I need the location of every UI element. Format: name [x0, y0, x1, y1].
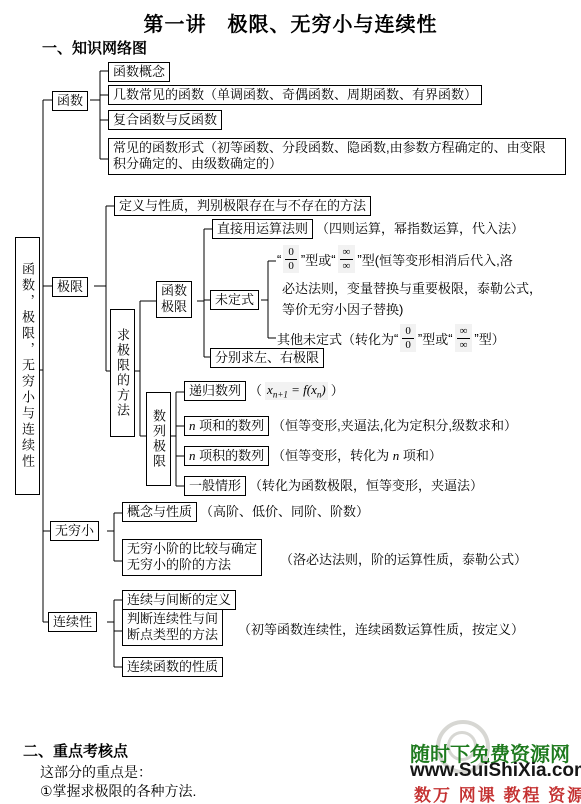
node-left-right-limits: 分别求左、右极限 [210, 348, 324, 368]
fraction-inf-over-inf: ∞ ∞ [455, 324, 473, 352]
section-heading-key-points: 二、重点考核点 [23, 740, 128, 761]
note-discontinuity-method: （初等函数连续性，连续函数运算性质，按定义） [238, 622, 524, 638]
node-infinitesimal: 无穷小 [50, 521, 99, 541]
text-type-or: 型或 [422, 329, 448, 348]
section-heading-knowledge-map: 一、知识网络图 [42, 37, 147, 58]
row-general-case: 一般情形 （转化为函数极限，恒等变形，夹逼法） [184, 476, 483, 496]
fraction-zero-over-zero: 0 0 [400, 324, 416, 352]
quote-open: “ [448, 331, 452, 346]
node-composite-inverse: 复合函数与反函数 [108, 110, 222, 130]
node-limit-definition: 定义与性质，判别极限存在与不存在的方法 [114, 196, 371, 216]
node-function-limit: 函数 极限 [156, 281, 192, 318]
scanned-lecture-page: 第一讲 极限、无穷小与连续性 一、知识网络图 函数，极限，无穷小与连续性 函数 … [0, 0, 581, 804]
node-function-forms-line1: 常见的函数形式（初等函数、分段函数、隐函数,由参数方程确定的、由变限 [113, 140, 561, 156]
node-indeterminate: 未定式 [210, 290, 259, 310]
node-direct-rules: 直接用运算法则 [212, 219, 313, 239]
paren-open: （ [249, 383, 262, 399]
node-n-product-sequence: n 项积的数列 [184, 446, 269, 466]
key-points-intro: 这部分的重点是： [40, 762, 152, 782]
node-limit-methods: 求极限的方法 [110, 309, 135, 437]
node-sequence-limit: 数列极限 [146, 392, 171, 486]
text-other-indeterminate: 其他未定式 [277, 329, 342, 348]
node-function-forms-line2: 积分确定的、由级数确定的） [113, 156, 561, 172]
node-general-case: 一般情形 [184, 476, 246, 496]
fraction-zero-over-zero: 0 0 [283, 245, 299, 273]
page-title: 第一讲 极限、无穷小与连续性 [0, 8, 581, 37]
root-node: 函数，极限，无穷小与连续性 [15, 237, 40, 495]
note-general-case: （转化为函数极限，恒等变形，夹逼法） [249, 478, 483, 494]
node-continuous-function-properties: 连续函数的性质 [122, 657, 223, 677]
node-function-limit-line2: 极限 [161, 299, 187, 315]
row-infinitesimal-concept: 概念与性质 （高阶、低价、同阶、阶数） [122, 502, 369, 522]
node-function-limit-line1: 函数 [161, 283, 187, 299]
indeterminate-types-line1: “ 0 0 ” 型或 “ ∞ ∞ ” 型 (恒等变形相消后代入,洛 [277, 243, 513, 275]
node-infinitesimal-concept: 概念与性质 [122, 502, 197, 522]
text-type-or: 型或 [305, 250, 331, 269]
indeterminate-note-start: (恒等变形相消后代入,洛 [375, 250, 513, 269]
note-infinitesimal-concept: （高阶、低价、同阶、阶数） [200, 504, 369, 520]
node-discontinuity-method: 判断连续性与间 断点类型的方法 [122, 609, 223, 646]
formula-recursive: xn+1 = f(xn) [265, 382, 328, 400]
text-type: 型 [362, 250, 375, 269]
row-recursive-sequence: 递归数列 （ xn+1 = f(xn) ） [184, 381, 344, 401]
watermark-tagline: 数万 网课 教程 资源 [414, 781, 581, 804]
row-n-sum-sequence: n 项和的数列 （恒等变形,夹逼法,化为定积分,级数求和） [184, 416, 517, 436]
node-function: 函数 [52, 91, 88, 111]
node-discontinuity-method-line1: 判断连续性与间 [127, 611, 218, 627]
row-n-product-sequence: n 项积的数列 （恒等变形，转化为 n 项和） [184, 446, 442, 466]
node-order-comparison-line1: 无穷小阶的比较与确定 [127, 541, 257, 557]
node-continuity-definition: 连续与间断的定义 [122, 590, 236, 610]
note-n-sum: （恒等变形,夹逼法,化为定积分,级数求和） [272, 418, 517, 434]
indeterminate-types-line2: 必达法则，变量替换与重要极限，泰勒公式， [282, 281, 542, 297]
key-point-1: ①掌握求极限的各种方法. [40, 781, 196, 801]
node-function-concept: 函数概念 [108, 62, 170, 82]
fraction-inf-over-inf: ∞ ∞ [338, 245, 356, 273]
quote-open: “ [277, 252, 281, 267]
node-limit: 极限 [52, 277, 88, 297]
node-order-comparison-line2: 无穷小的阶的方法 [127, 557, 257, 573]
note-n-product: （恒等变形，转化为 n 项和） [272, 448, 442, 464]
indeterminate-types-line3: 等价无穷小因子替换) [282, 302, 403, 318]
tree-connector-lines [0, 0, 581, 804]
note-order-comparison: （洛必达法则，阶的运算性质，泰勒公式） [280, 552, 527, 568]
text-convert-to: （转化为 [342, 329, 394, 348]
node-function-forms: 常见的函数形式（初等函数、分段函数、隐函数,由参数方程确定的、由变限 积分确定的… [108, 138, 566, 175]
node-discontinuity-method-line2: 断点类型的方法 [127, 627, 218, 643]
row-direct-rules: 直接用运算法则 （四则运算，幂指数运算，代入法） [212, 219, 524, 239]
node-continuity: 连续性 [48, 612, 97, 632]
paren-close: ） [331, 383, 344, 399]
watermark-site-url: www.SuiShiXia.com [410, 760, 581, 782]
note-direct-rules: （四则运算，幂指数运算，代入法） [316, 221, 524, 237]
node-common-functions: 几数常见的函数（单调函数、奇偶函数、周期函数、有界函数） [108, 85, 482, 105]
node-recursive-sequence: 递归数列 [184, 381, 246, 401]
node-order-comparison: 无穷小阶的比较与确定 无穷小的阶的方法 [122, 539, 262, 576]
quote-open: “ [331, 252, 335, 267]
text-type-close: 型） [479, 329, 505, 348]
node-n-sum-sequence: n 项和的数列 [184, 416, 269, 436]
quote-open: “ [394, 331, 398, 346]
